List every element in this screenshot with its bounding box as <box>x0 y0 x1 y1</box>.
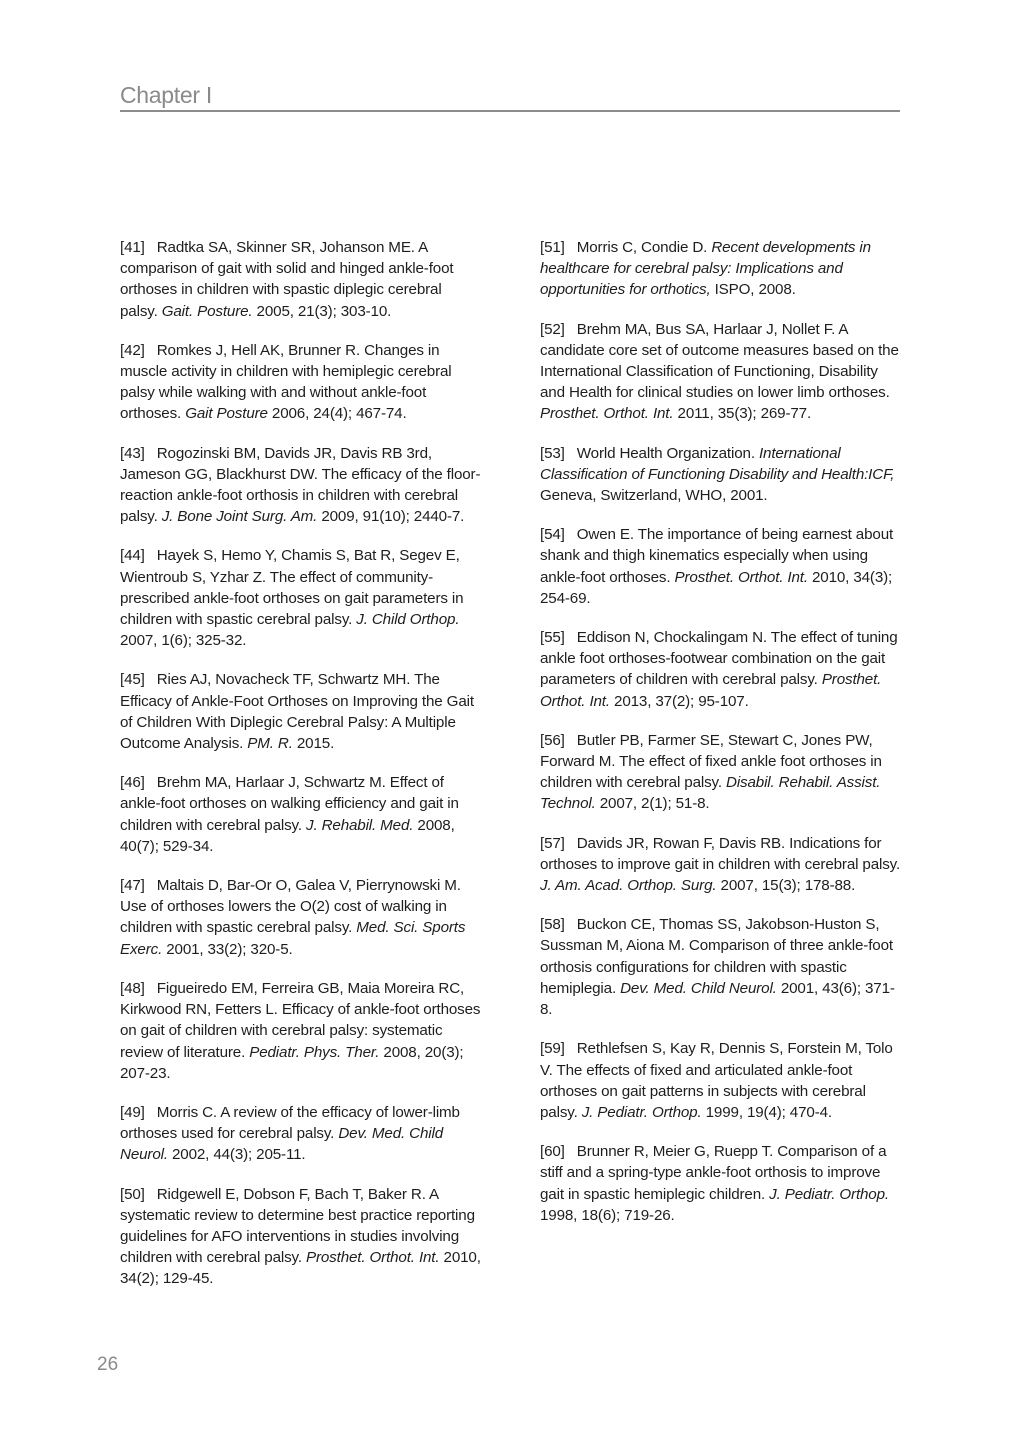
reference-entry: [47]Maltais D, Bar-Or O, Galea V, Pierry… <box>120 875 482 960</box>
reference-entry: [56]Butler PB, Farmer SE, Stewart C, Jon… <box>540 730 902 815</box>
reference-number: [52] <box>540 321 565 338</box>
reference-journal: J. Rehabil. Med. <box>306 817 413 834</box>
reference-journal: Prosthet. Orthot. Int. <box>674 569 807 586</box>
reference-entry: [49]Morris C. A review of the efficacy o… <box>120 1102 482 1166</box>
reference-text: 2005, 21(3); 303-10. <box>252 303 391 320</box>
running-header: Chapter I <box>120 80 900 110</box>
reference-entry: [44]Hayek S, Hemo Y, Chamis S, Bat R, Se… <box>120 545 482 651</box>
reference-entry: [57]Davids JR, Rowan F, Davis RB. Indica… <box>540 833 902 897</box>
reference-number: [51] <box>540 239 565 256</box>
reference-entry: [43]Rogozinski BM, Davids JR, Davis RB 3… <box>120 443 482 528</box>
reference-entry: [60]Brunner R, Meier G, Ruepp T. Compari… <box>540 1141 902 1226</box>
reference-text: 2011, 35(3); 269-77. <box>673 405 811 422</box>
reference-number: [43] <box>120 445 145 462</box>
reference-number: [55] <box>540 629 565 646</box>
reference-number: [57] <box>540 835 565 852</box>
reference-entry: [59]Rethlefsen S, Kay R, Dennis S, Forst… <box>540 1038 902 1123</box>
reference-entry: [53]World Health Organization. Internati… <box>540 443 902 507</box>
reference-journal: Gait Posture <box>185 405 268 422</box>
reference-entry: [41]Radtka SA, Skinner SR, Johanson ME. … <box>120 237 482 322</box>
reference-number: [47] <box>120 877 145 894</box>
reference-entry: [52]Brehm MA, Bus SA, Harlaar J, Nollet … <box>540 319 902 425</box>
reference-number: [59] <box>540 1040 565 1057</box>
reference-number: [50] <box>120 1186 145 1203</box>
reference-text: 2013, 37(2); 95-107. <box>610 693 749 710</box>
reference-journal: Dev. Med. Child Neurol. <box>620 980 777 997</box>
reference-text: World Health Organization. <box>577 445 759 462</box>
reference-journal: Prosthet. Orthot. Int. <box>306 1249 439 1266</box>
reference-number: [41] <box>120 239 145 256</box>
reference-journal: J. Child Orthop. <box>356 611 459 628</box>
reference-entry: [46]Brehm MA, Harlaar J, Schwartz M. Eff… <box>120 772 482 857</box>
reference-journal: J. Pediatr. Orthop. <box>582 1104 702 1121</box>
reference-journal: Pediatr. Phys. Ther. <box>249 1044 379 1061</box>
reference-number: [45] <box>120 671 145 688</box>
reference-text: ISPO, 2008. <box>711 281 796 298</box>
reference-journal: Gait. Posture. <box>162 303 253 320</box>
reference-entry: [55]Eddison N, Chockalingam N. The effec… <box>540 627 902 712</box>
reference-text: 2007, 15(3); 178-88. <box>716 877 855 894</box>
reference-number: [42] <box>120 342 145 359</box>
reference-entry: [48]Figueiredo EM, Ferreira GB, Maia Mor… <box>120 978 482 1084</box>
reference-number: [49] <box>120 1104 145 1121</box>
reference-journal: PM. R. <box>247 735 293 752</box>
reference-text: 2009, 91(10); 2440-7. <box>317 508 464 525</box>
reference-text: 2015. <box>293 735 334 752</box>
reference-entry: [58]Buckon CE, Thomas SS, Jakobson-Husto… <box>540 914 902 1020</box>
reference-entry: [45]Ries AJ, Novacheck TF, Schwartz MH. … <box>120 669 482 754</box>
reference-number: [56] <box>540 732 565 749</box>
reference-entry: [42]Romkes J, Hell AK, Brunner R. Change… <box>120 340 482 425</box>
reference-text: 1999, 19(4); 470-4. <box>702 1104 832 1121</box>
reference-text: Geneva, Switzerland, WHO, 2001. <box>540 487 768 504</box>
reference-text: 2007, 2(1); 51-8. <box>596 795 710 812</box>
reference-column-right: [51]Morris C, Condie D. Recent developme… <box>540 237 902 1244</box>
reference-number: [54] <box>540 526 565 543</box>
reference-number: [46] <box>120 774 145 791</box>
reference-column-left: [41]Radtka SA, Skinner SR, Johanson ME. … <box>120 237 482 1308</box>
header-rule <box>120 110 900 112</box>
reference-text: 2006, 24(4); 467-74. <box>268 405 407 422</box>
reference-journal: J. Am. Acad. Orthop. Surg. <box>540 877 716 894</box>
reference-text: Davids JR, Rowan F, Davis RB. Indication… <box>540 835 900 873</box>
chapter-title: Chapter I <box>120 80 900 110</box>
reference-number: [53] <box>540 445 565 462</box>
reference-journal: J. Pediatr. Orthop. <box>769 1186 889 1203</box>
reference-text: 1998, 18(6); 719-26. <box>540 1207 675 1224</box>
reference-text: Morris C, Condie D. <box>577 239 712 256</box>
reference-entry: [50]Ridgewell E, Dobson F, Bach T, Baker… <box>120 1184 482 1290</box>
reference-text: Brehm MA, Bus SA, Harlaar J, Nollet F. A… <box>540 321 899 402</box>
reference-journal: Prosthet. Orthot. Int. <box>540 405 673 422</box>
reference-entry: [51]Morris C, Condie D. Recent developme… <box>540 237 902 301</box>
reference-number: [58] <box>540 916 565 933</box>
reference-text: 2001, 33(2); 320-5. <box>162 941 292 958</box>
reference-journal: J. Bone Joint Surg. Am. <box>162 508 318 525</box>
reference-number: [48] <box>120 980 145 997</box>
reference-text: 2007, 1(6); 325-32. <box>120 632 246 649</box>
reference-text: 2002, 44(3); 205-11. <box>168 1146 306 1163</box>
reference-entry: [54]Owen E. The importance of being earn… <box>540 524 902 609</box>
page-number: 26 <box>97 1354 118 1376</box>
reference-number: [44] <box>120 547 145 564</box>
reference-number: [60] <box>540 1143 565 1160</box>
